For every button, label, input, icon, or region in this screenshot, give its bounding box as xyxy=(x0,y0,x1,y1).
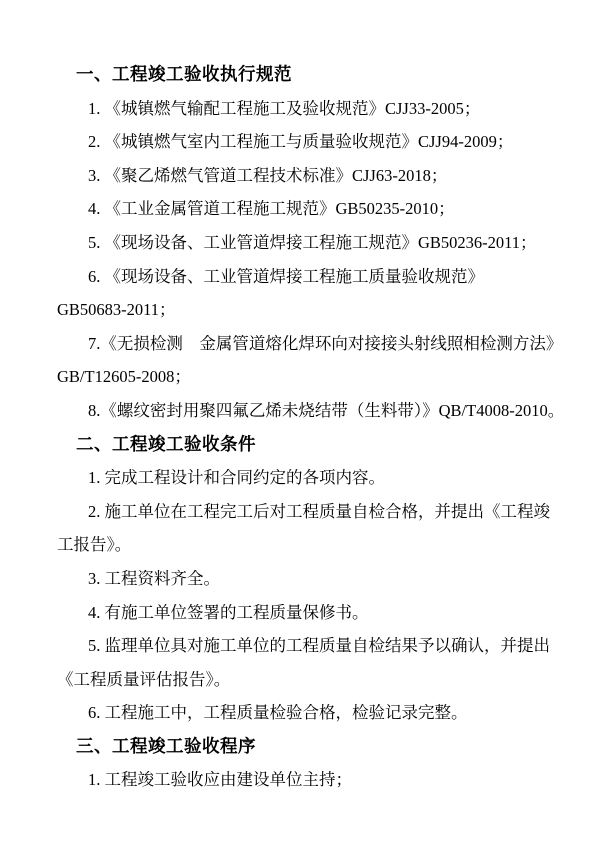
list-item: 6. 《现场设备、工业管道焊接工程施工质量验收规范》 GB50683-2011； xyxy=(57,260,562,327)
list-item: 6. 工程施工中，工程质量检验合格，检验记录完整。 xyxy=(57,696,562,730)
section-heading-2: 二、工程竣工验收条件 xyxy=(57,428,562,462)
list-item: 4. 《工业金属管道工程施工规范》GB50235-2010； xyxy=(57,192,562,226)
list-item: 4. 有施工单位签署的工程质量保修书。 xyxy=(57,596,562,630)
list-item: 2. 《城镇燃气室内工程施工与质量验收规范》CJJ94-2009； xyxy=(57,125,562,159)
list-item: 7.《无损检测 金属管道熔化焊环向对接接头射线照相检测方法》 GB/T12605… xyxy=(57,327,562,394)
list-item: 5. 监理单位具对施工单位的工程质量自检结果予以确认，并提出 《工程质量评估报告… xyxy=(57,629,562,696)
list-item: 8.《螺纹密封用聚四氟乙烯未烧结带（生料带）》QB/T4008-2010。 xyxy=(57,394,562,428)
list-item: 5. 《现场设备、工业管道焊接工程施工规范》GB50236-2011； xyxy=(57,226,562,260)
list-item: 2. 施工单位在工程完工后对工程质量自检合格，并提出《工程竣 工报告》。 xyxy=(57,495,562,562)
list-item: 3. 工程资料齐全。 xyxy=(57,562,562,596)
list-item: 1. 《城镇燃气输配工程施工及验收规范》CJJ33-2005； xyxy=(57,92,562,126)
document-page: 一、工程竣工验收执行规范 1. 《城镇燃气输配工程施工及验收规范》CJJ33-2… xyxy=(0,0,606,850)
section-heading-1: 一、工程竣工验收执行规范 xyxy=(57,58,562,92)
section-heading-3: 三、工程竣工验收程序 xyxy=(57,730,562,764)
list-item: 3. 《聚乙烯燃气管道工程技术标准》CJJ63-2018； xyxy=(57,159,562,193)
list-item: 1. 完成工程设计和合同约定的各项内容。 xyxy=(57,461,562,495)
document-content: 一、工程竣工验收执行规范 1. 《城镇燃气输配工程施工及验收规范》CJJ33-2… xyxy=(57,58,562,797)
list-item: 1. 工程竣工验收应由建设单位主持； xyxy=(57,763,562,797)
